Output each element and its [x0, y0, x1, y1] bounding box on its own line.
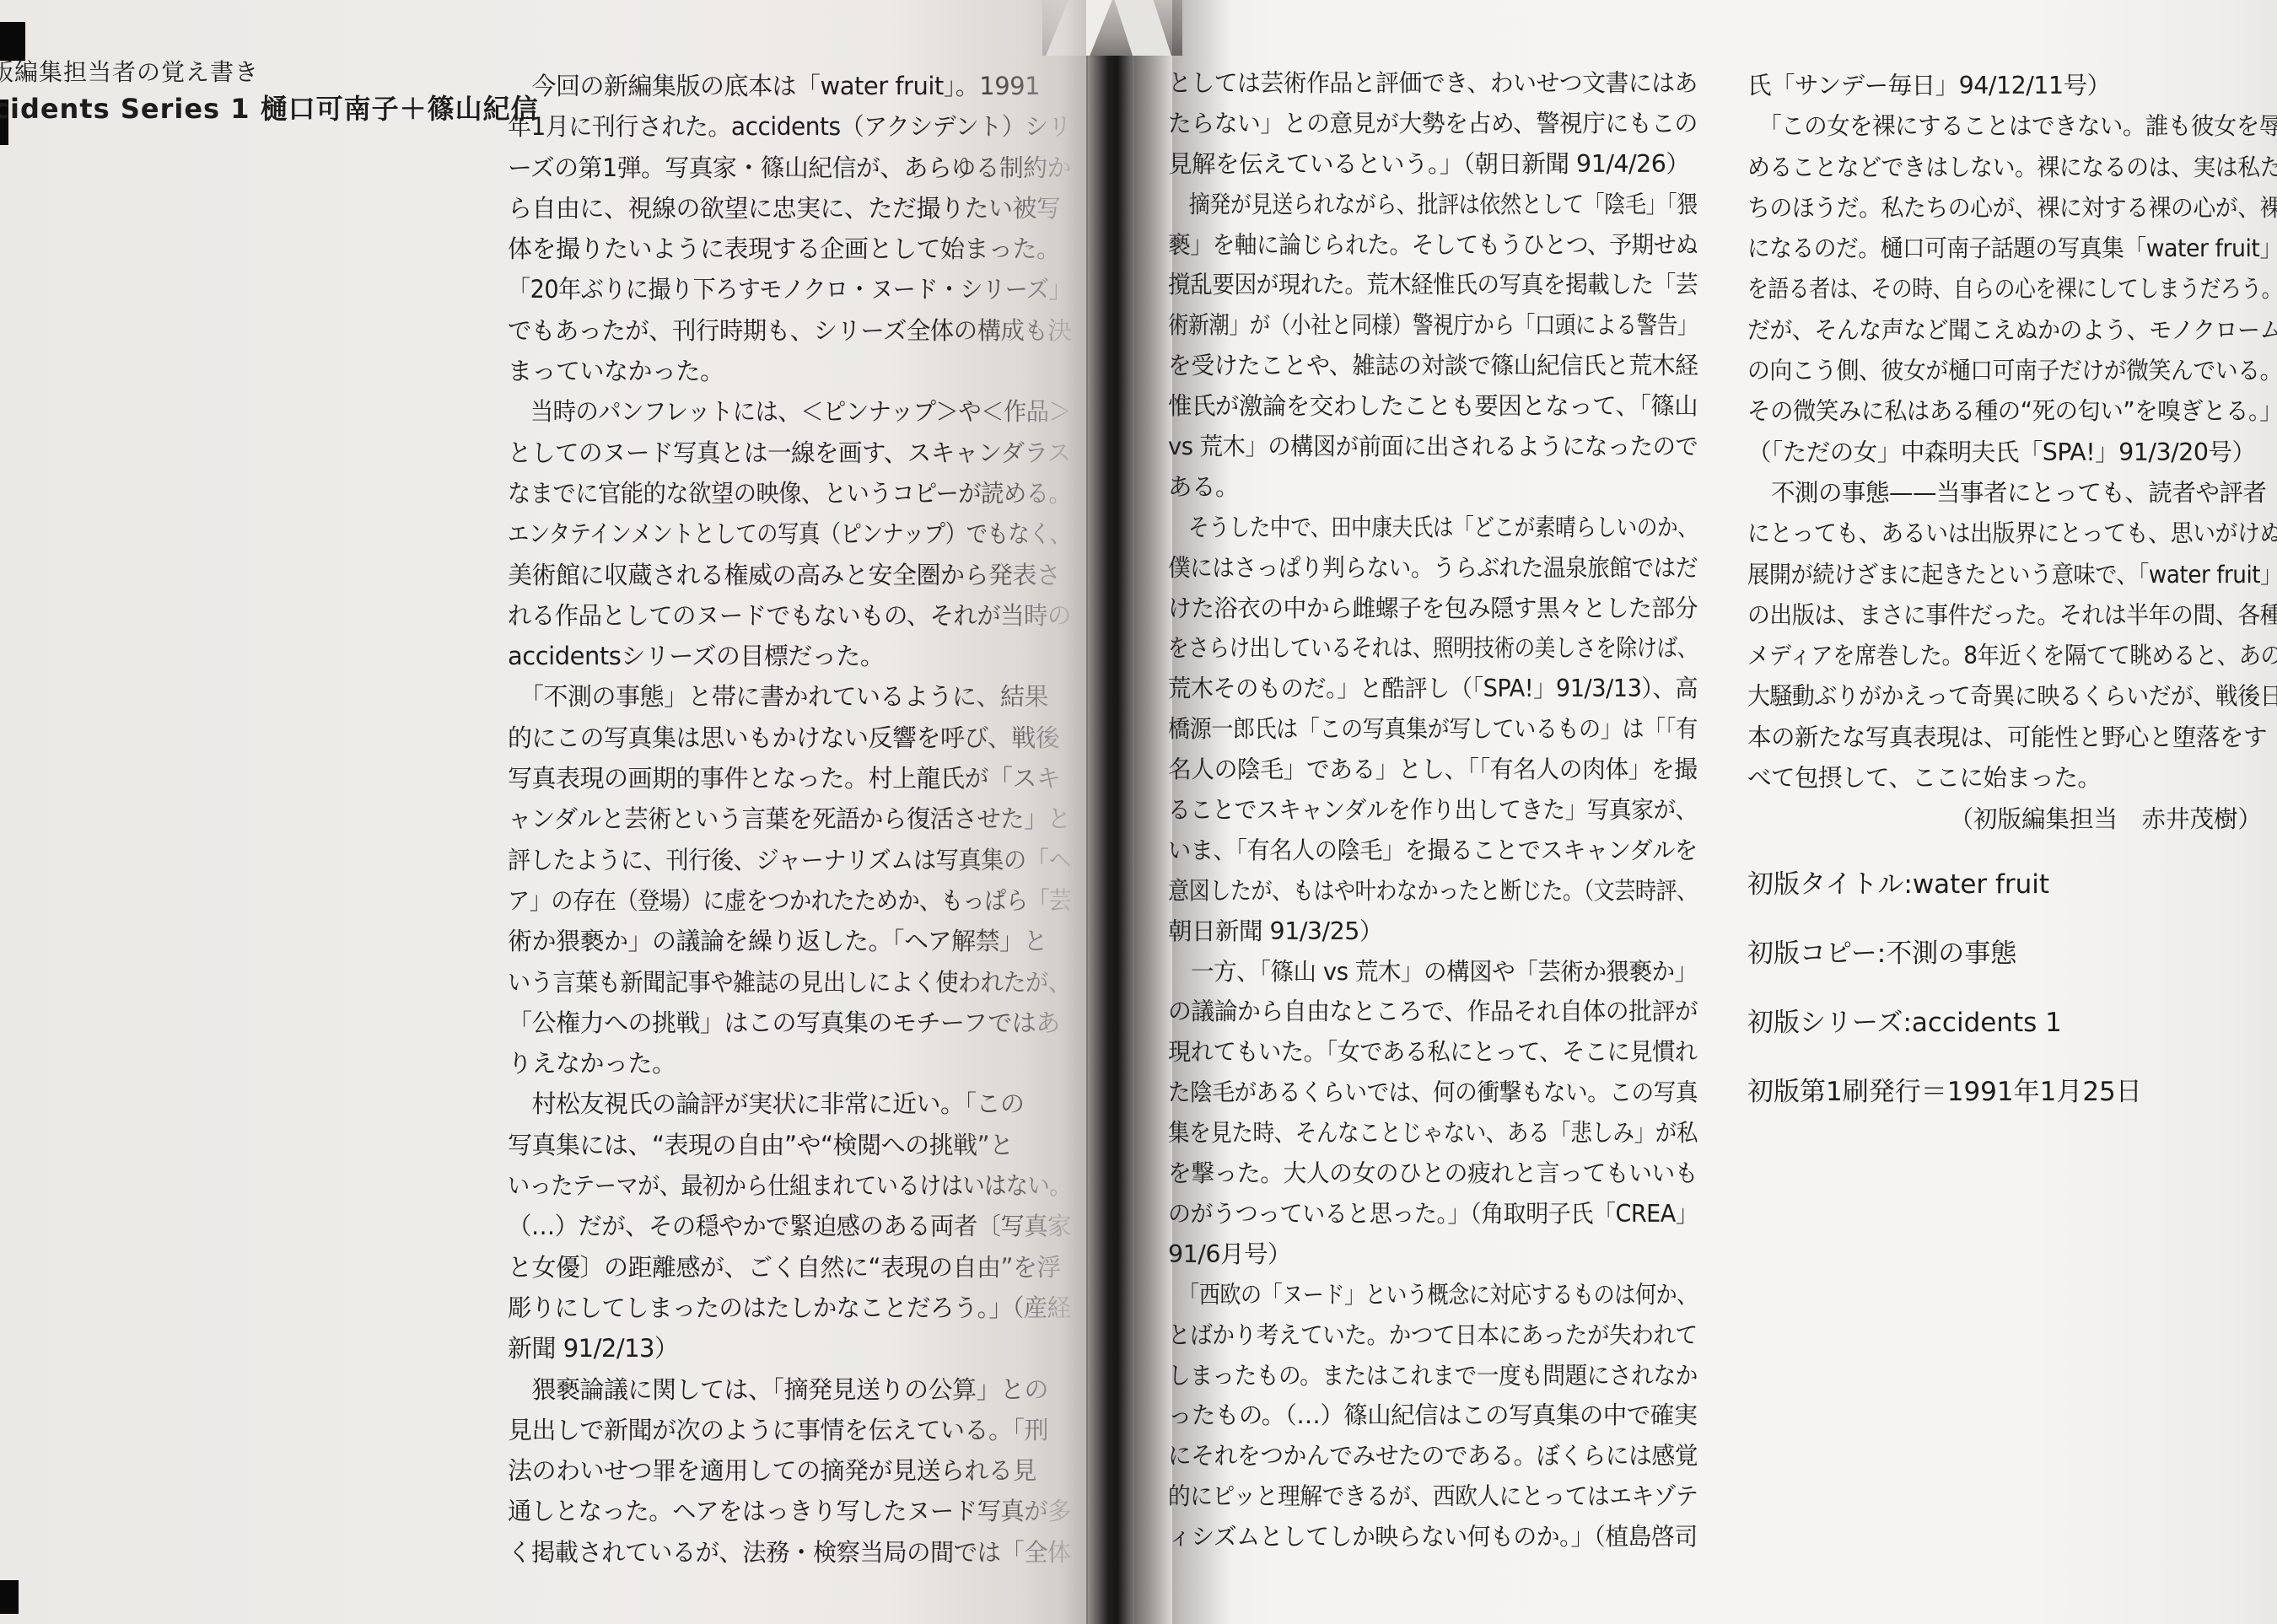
text-line: 初版コピー:不測の事態: [1747, 919, 2277, 988]
text-line: 褻」を軸に論じられた。そしてもうひとつ、予期せぬ: [1168, 225, 1665, 266]
text-line: 「この女を裸にすることはできない。誰も彼女を辱: [1747, 106, 2263, 147]
text-line: 初版シリーズ:accidents 1: [1747, 988, 2277, 1057]
text-line: 的にピッと理解できるが、西欧人にとってはエキゾテ: [1168, 1476, 1665, 1517]
text-line: ア」の存在（登場）に虚をつかれたためか、もっぱら「芸: [508, 880, 1015, 921]
text-line: けた浴衣の中から雌螺子を包み隠す黒々とした部分: [1168, 589, 1684, 629]
page-edge-wedge: [1112, 0, 1173, 56]
right-page-inner-text-column: としては芸術作品と評価でき、わいせつ文書にはあたらない」との意見が大勢を占め、警…: [1168, 63, 1698, 1557]
text-line: を撃った。大人の女のひとの疲れと言ってもいいも: [1168, 1153, 1684, 1194]
text-line: ちのほうだ。私たちの心が、裸に対する裸の心が、裸: [1747, 188, 2252, 229]
text-line: エンタテインメントとしての写真（ピンナップ）でもなく、: [508, 514, 999, 554]
attribution-first-edition-editor: （初版編集担当 赤井茂樹）: [1747, 799, 2262, 840]
text-line: 「西欧の「ヌード」という概念に対応するものは何か、: [1168, 1275, 1634, 1315]
margin-note-series-credit: cidents Series 1 樋口可南子＋篠山紀信: [0, 88, 539, 126]
colophon-block: 初版タイトル:water fruit初版コピー:不測の事態初版シリーズ:acci…: [1747, 850, 2277, 1127]
text-line: の向こう側、彼女が樋口可南子だけが微笑んでいる。: [1747, 351, 2252, 391]
text-line: 見解を伝えているという。」（朝日新聞 91/4/26）: [1168, 144, 1698, 185]
text-line: 91/6月号）: [1168, 1234, 1698, 1275]
book-spread-scan: 版編集担当者の覚え書き cidents Series 1 樋口可南子＋篠山紀信 …: [0, 0, 2277, 1624]
text-line: 荒木そのものだ。」と酷評し（「SPA!」91/3/13）、高: [1168, 669, 1673, 709]
text-line: いったテーマが、最初から仕組まれているけはいはない。: [508, 1165, 1015, 1206]
text-line: 不測の事態——当事者にとっても、読者や評者: [1747, 473, 2277, 514]
text-line: ることでスキャンダルを作り出してきた」写真家が、: [1168, 790, 1664, 831]
text-line: 摘発が見送られながら、批評は依然として「陰毛」「猥: [1168, 185, 1634, 225]
text-line: 惟氏が激論を交わしたことも要因となって、「篠山: [1168, 386, 1697, 427]
text-line: 初版第1刷発行＝1991年1月25日: [1747, 1057, 2277, 1127]
text-line: その微笑みに私はある種の“死の匂い”を嗅ぎとる。」: [1747, 391, 2263, 432]
margin-note-title: 版編集担当者の覚え書き: [0, 54, 259, 88]
right-page-outer-text-column: 氏「サンデー毎日」94/12/11号） 「この女を裸にすることはできない。誰も彼…: [1747, 66, 2277, 799]
text-line: 本の新たな写真表現は、可能性と野心と堕落をす: [1747, 718, 2277, 758]
text-line: メディアを席巻した。8年近くを隔てて眺めると、あの: [1747, 636, 2241, 676]
text-line: ある。: [1168, 467, 1698, 508]
text-line: 初版タイトル:water fruit: [1747, 850, 2277, 919]
text-line: vs 荒木」の構図が前面に出されるようになったので: [1168, 427, 1676, 467]
text-line: のがうつっていると思った。」（角取明子氏「CREA」: [1168, 1194, 1671, 1234]
text-line: 現れてもいた。「女である私にとって、そこに見慣れ: [1168, 1032, 1674, 1073]
text-line: 僕にはさっぱり判らない。うらぶれた温泉旅館ではだ: [1168, 548, 1663, 589]
text-line: としては芸術作品と評価でき、わいせつ文書にはあ: [1168, 63, 1685, 104]
text-line: べて包摂して、ここに始まった。: [1747, 758, 2277, 799]
text-line: の議論から自由なところで、作品それ自体の批評が: [1168, 992, 1685, 1032]
text-line: （「ただの女」中森明夫氏「SPA!」91/3/20号）: [1747, 433, 2277, 473]
text-line: とばかり考えていた。かつて日本にあったが失われて: [1168, 1315, 1663, 1356]
text-line: ィシズムとしてしか映らない何ものか。」（植島啓司: [1168, 1517, 1685, 1557]
text-line: めることなどできはしない。裸になるのは、実は私た: [1747, 148, 2252, 188]
text-line: を受けたことや、雑誌の対談で篠山紀信氏と荒木経: [1168, 346, 1685, 386]
text-line: 氏「サンデー毎日」94/12/11号）: [1747, 66, 2277, 106]
text-line: にとっても、あるいは出版界にとっても、思いがけぬ: [1747, 514, 2253, 554]
text-line: 術新潮」が（小社と同様）警視庁から「口頭による警告」: [1168, 305, 1625, 346]
text-line: にそれをつかんでみせたのである。ぼくらには感覚: [1168, 1436, 1684, 1476]
text-line: 大騒動ぶりがかえって奇異に映るくらいだが、戦後日: [1747, 676, 2252, 717]
text-line: 撹乱要因が現れた。荒木経惟氏の写真を掲載した「芸: [1168, 265, 1663, 305]
text-line: だが、そんな声など聞こえぬかのよう、モノクローム: [1747, 310, 2253, 351]
text-line: 名人の陰毛」である」とし、「「有名人の肉体」を撮: [1168, 750, 1684, 790]
left-page-fold-fade: [945, 0, 1086, 1624]
text-line: たらない」との意見が大勢を占め、警視庁にもこの: [1168, 104, 1685, 144]
text-line: 一方、「篠山 vs 荒木」の構図や「芸術か猥褻か」: [1168, 952, 1680, 992]
right-page-fold-shade: [1172, 0, 1231, 1624]
text-line: になるのだ。樋口可南子話題の写真集「water fruit」: [1747, 229, 2249, 269]
text-line: しまったもの。またはこれまで一度も問題にされなか: [1168, 1356, 1664, 1396]
attribution-line-wrap: （初版編集担当 赤井茂樹）: [1747, 799, 2262, 840]
text-line: を語る者は、その時、自らの心を裸にしてしまうだろう。: [1747, 269, 2213, 309]
scan-edge-mark: [0, 1580, 19, 1614]
text-line: 集を見た時、そんなことじゃない、ある「悲しみ」が私: [1168, 1113, 1643, 1153]
text-line: ったもの。（…）篠山紀信はこの写真集の中で確実: [1168, 1395, 1697, 1436]
text-line: そうした中で、田中康夫氏は「どこが素晴らしいのか、: [1168, 508, 1625, 548]
text-line: をさらけ出しているそれは、照明技術の美しさを除けば、: [1168, 628, 1625, 669]
text-line: いま、「有名人の陰毛」を撮ることでスキャンダルを: [1168, 831, 1674, 871]
text-line: 朝日新聞 91/3/25）: [1168, 911, 1698, 952]
text-line: の出版は、まさに事件だった。それは半年の間、各種: [1747, 595, 2252, 636]
text-line: 意図したが、もはや叶わなかったと断じた。（文芸時評、: [1168, 871, 1634, 911]
text-line: 橋源一郎氏は「この写真集が写しているもの」は「「有: [1168, 709, 1653, 750]
text-line: た陰毛があるくらいでは、何の衝撃もない。この写真: [1168, 1073, 1663, 1113]
text-line: 展開が続けざまに起きたという意味で、「water fruit」: [1747, 555, 2239, 595]
